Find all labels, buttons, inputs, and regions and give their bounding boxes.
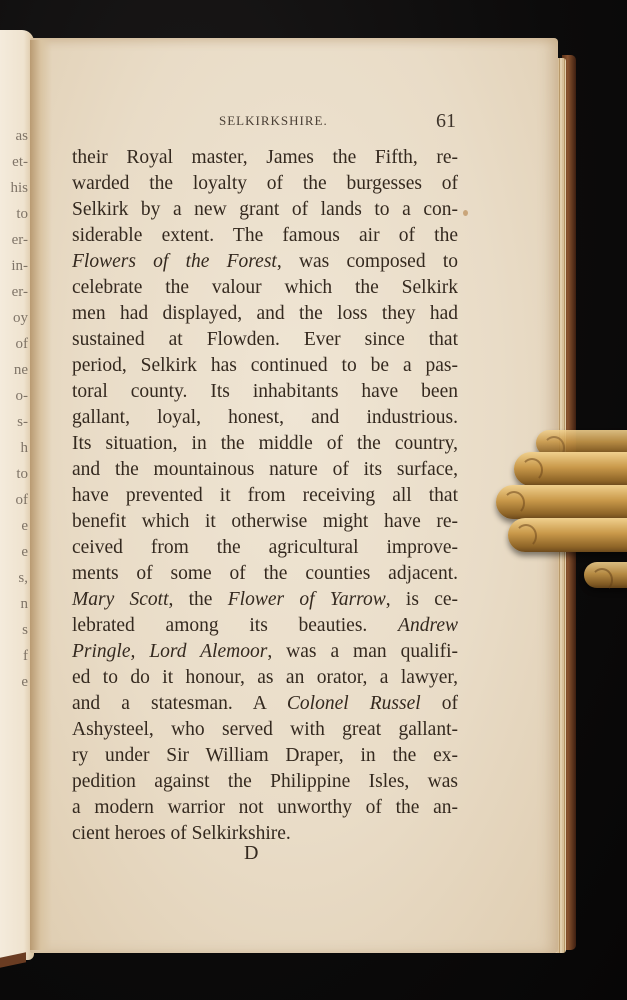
text-line: cient heroes of Selkirkshire. — [72, 821, 458, 847]
text-run: sustained at Flowden. Ever since that — [72, 329, 458, 350]
text-line: toral county. Its inhabitants have been — [72, 379, 458, 405]
text-line: ed to do it honour, as an orator, a lawy… — [72, 665, 458, 691]
italic-text: Mary Scott — [72, 589, 169, 610]
text-line: and the mountainous nature of its surfac… — [72, 457, 458, 483]
text-run: pedition against the Philippine Isles, w… — [72, 771, 458, 792]
text-line: a modern warrior not unworthy of the an- — [72, 795, 458, 821]
left-page-text-fragment: s — [22, 622, 28, 639]
clip-finger — [514, 452, 627, 486]
text-line: ments of some of the counties adjacent. — [72, 561, 458, 587]
left-page-text-fragment: et- — [12, 154, 28, 171]
text-run: , was composed to — [277, 251, 458, 272]
text-line: men had displayed, and the loss they had — [72, 301, 458, 327]
left-page-text-fragment: e — [21, 544, 28, 561]
text-run: a modern warrior not unworthy of the an- — [72, 797, 458, 818]
left-page-text-fragment: er- — [12, 284, 28, 301]
text-line: siderable extent. The famous air of the — [72, 223, 458, 249]
page-body-text: their Royal master, James the Fifth, re-… — [72, 145, 458, 847]
italic-text: Flower of Yarrow — [228, 589, 386, 610]
clip-finger — [508, 518, 627, 552]
text-run: toral county. Its inhabitants have been — [72, 381, 458, 402]
text-run: men had displayed, and the loss they had — [72, 303, 458, 324]
text-line: pedition against the Philippine Isles, w… — [72, 769, 458, 795]
left-page-text-fragment: h — [21, 440, 29, 457]
left-page-text-fragment: n — [21, 596, 29, 613]
page-number: 61 — [436, 110, 456, 133]
text-line: lebrated among its beauties. Andrew — [72, 613, 458, 639]
gold-hand-page-clip — [496, 430, 627, 590]
text-run: ceived from the agricultural improve- — [72, 537, 458, 558]
text-line: Selkirk by a new grant of lands to a con… — [72, 197, 458, 223]
gutter-shadow — [30, 40, 52, 950]
italic-text: Flowers of the Forest — [72, 251, 277, 272]
text-run: and a statesman. A — [72, 693, 287, 714]
left-page-text-fragment: to — [16, 206, 28, 223]
text-run: warded the loyalty of the burgesses of — [72, 173, 458, 194]
left-page-text-fragment: in- — [11, 258, 28, 275]
text-line: Pringle, Lord Alemoor, was a man qualifi… — [72, 639, 458, 665]
text-run: gallant, loyal, honest, and industrious. — [72, 407, 458, 428]
text-run: their Royal master, James the Fifth, re- — [72, 147, 458, 168]
text-line: sustained at Flowden. Ever since that — [72, 327, 458, 353]
left-page-edge: aset-histoer-in-er-oyofneo-s-htoofees,ns… — [0, 30, 34, 960]
text-run: have prevented it from receiving all tha… — [72, 485, 458, 506]
text-run: lebrated among its beauties. — [72, 615, 398, 636]
text-run: period, Selkirk has continued to be a pa… — [72, 355, 458, 376]
italic-text: Andrew — [398, 615, 458, 636]
text-run: ed to do it honour, as an orator, a lawy… — [72, 667, 458, 688]
text-line: warded the loyalty of the burgesses of — [72, 171, 458, 197]
text-line: ry under Sir William Draper, in the ex- — [72, 743, 458, 769]
text-run: and the mountainous nature of its surfac… — [72, 459, 458, 480]
text-run: siderable extent. The famous air of the — [72, 225, 458, 246]
text-run: ments of some of the counties adjacent. — [72, 563, 458, 584]
text-run: Its situation, in the middle of the coun… — [72, 433, 458, 454]
text-run: , the — [169, 589, 228, 610]
text-run: , is ce- — [386, 589, 458, 610]
text-run: ry under Sir William Draper, in the ex- — [72, 745, 458, 766]
text-line: and a statesman. A Colonel Russel of — [72, 691, 458, 717]
left-page-text-fragment: oy — [13, 310, 28, 327]
left-page-text-fragment: e — [21, 674, 28, 691]
text-run: , was a man qualifi- — [267, 641, 458, 662]
left-page-text-fragment: s, — [18, 570, 28, 587]
left-page-text-fragment: of — [16, 492, 29, 509]
left-page-text-fragment: s- — [17, 414, 28, 431]
text-line: Its situation, in the middle of the coun… — [72, 431, 458, 457]
clip-finger — [496, 485, 627, 519]
text-run: Selkirk by a new grant of lands to a con… — [72, 199, 458, 220]
text-line: Ashysteel, who served with great gallant… — [72, 717, 458, 743]
text-line: have prevented it from receiving all tha… — [72, 483, 458, 509]
left-page-text-fragment: o- — [16, 388, 29, 405]
italic-text: Colonel Russel — [287, 693, 421, 714]
left-page-text-fragment: ne — [14, 362, 28, 379]
italic-text: Pringle, Lord Alemoor — [72, 641, 267, 662]
clip-finger — [584, 562, 627, 588]
text-line: ceived from the agricultural improve- — [72, 535, 458, 561]
text-run: of — [421, 693, 458, 714]
text-line: celebrate the valour which the Selkirk — [72, 275, 458, 301]
foxing-spot — [463, 210, 468, 216]
text-line: benefit which it otherwise might have re… — [72, 509, 458, 535]
left-page-text-fragment: his — [10, 180, 28, 197]
text-line: Flowers of the Forest, was composed to — [72, 249, 458, 275]
text-line: period, Selkirk has continued to be a pa… — [72, 353, 458, 379]
left-page-text-fragment: as — [16, 128, 29, 145]
text-run: benefit which it otherwise might have re… — [72, 511, 458, 532]
left-page-text-fragment: f — [23, 648, 28, 665]
left-page-text-fragment: of — [16, 336, 29, 353]
left-page-text-fragment: e — [21, 518, 28, 535]
running-head: SELKIRKSHIRE. — [219, 113, 328, 129]
left-page-text-fragment: er- — [12, 232, 28, 249]
text-line: Mary Scott, the Flower of Yarrow, is ce- — [72, 587, 458, 613]
text-line: their Royal master, James the Fifth, re- — [72, 145, 458, 171]
text-line: gallant, loyal, honest, and industrious. — [72, 405, 458, 431]
text-run: cient heroes of Selkirkshire. — [72, 823, 291, 844]
signature-mark: D — [244, 842, 258, 865]
text-run: Ashysteel, who served with great gallant… — [72, 719, 458, 740]
text-run: celebrate the valour which the Selkirk — [72, 277, 458, 298]
left-page-text-fragment: to — [16, 466, 28, 483]
